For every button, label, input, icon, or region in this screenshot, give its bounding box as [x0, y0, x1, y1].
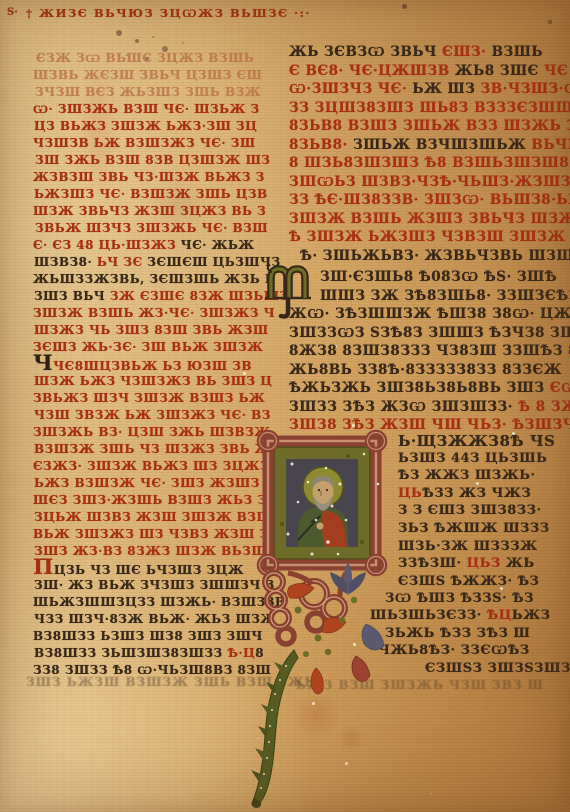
left-column-line: ЗШЗ ВЬЧ ЗЖ ЄЗШЄ 8ЗЖ ШЗЬШЗ — [34, 290, 289, 302]
left-column-line: ЖЬШЗЗЖЗВЬ, ЗЄШЗШЬ ЖЗЬ В — [33, 273, 275, 285]
text-run: ЗЄШЗ ЖЬ·ЗЄ· ЗШ ВЬЖ ЗШЗЖ — [33, 340, 263, 354]
text-run: ЗЄШЄШ ЦЬЗШЧЗ — [147, 255, 280, 269]
ink-spot-cluster — [116, 30, 122, 36]
text-run: ЖЬ8 ЗШЄ — [455, 63, 539, 79]
text-run: ЬЧ ЗЄ — [97, 255, 147, 269]
right-column-line: ШШЗ ЗЖ ЗѢ8ЗШЬ8· ЗЗШЗЄѢЗ — [320, 290, 570, 304]
text-run: ЗШЗЖ ВЗШЬ ЖЗ·ЧЄ· ЗШЗЖЗ Ч — [33, 306, 275, 320]
saint-portrait — [298, 467, 348, 547]
text-run: ШЗЬ·ЗЖ ШЗЗЗЖ — [398, 539, 538, 554]
left-column-line: ВЗ8ШЗЗ ЬЗШЗ ШЗ8 ЗШЗ ЗШЧ — [33, 630, 263, 642]
text-run: ЧЄ8ШЦЗВЬЖ ЬЗ ЮЗШ ЗВ — [53, 359, 252, 373]
text-run: ЬЖЗ ВЗШЗЖ ЧЄ· ЗШЗ ЖЗШЗ В — [34, 476, 275, 490]
text-run: ШЬЗШЬЗЄЗЗ· — [370, 608, 487, 623]
text-run: ЗШЗЗѠЗ ЅЗѢ8З ЗШШЗ ѢЗЧЗ8 ЗШ — [289, 325, 570, 341]
text-run: ЗШЗЖ ВЗШЬ ЖЗШЗ ЗВЬЧЗ ШЗЖЗ — [289, 211, 570, 227]
text-run: ЬЖ ШЗ — [412, 81, 475, 97]
text-run: ЗЬЗ ѢЖШЖ ШЗЗЗ — [398, 521, 550, 536]
left-column-line: ВЗШЗЖ ЗШЬ ЧЗ ШЗЖЗ ЗВЬ Ж — [34, 443, 271, 455]
text-run: ЗВЬЖЗ ШЗЧ ЗШЗЖ ВЗШЗ ЬЖ — [33, 391, 265, 405]
left-column-line: ЗВЬЖ ШЗЧЗ ЗШЗЖЬ ЧЄ· ВЗШ — [35, 222, 268, 234]
text-run: Ѣ ЗШЗЖ ЬЖЗШЗ ЧЗВЗШ ЗШЗЖ В — [289, 229, 570, 245]
left-column-line: ШЄЗ ЗШЗ·ЖЗШЬ ВЗШЗ ЖЬЗ З — [33, 494, 266, 506]
left-column-line: ЗШЗЖЬ ВЗ· ЦЗШ ЗЖЬ ШЗВЗЖ — [33, 426, 271, 438]
left-column-line: Ѡ· ЗШЗЖЬ ВЗШ ЧЄ· ШЗЬЖ З — [33, 103, 260, 115]
text-run: 8 — [255, 646, 264, 660]
text-run: ЖЗВЗШ ЗВЬ ЧЗ·ШЗЖ ВЬЖЗ З — [33, 170, 265, 184]
side-column-line: ЗЗѢЗШ· ЦЬЗ ЖЬ — [398, 557, 535, 570]
side-column-line: ЦЬѢЗЗ ЖЗ ЧЖЗ — [398, 487, 531, 500]
text-run: Ѣ· ЗШЬЖЬВЗ· ЖЗВЬЧЗВЬ ШЗШ — [300, 248, 570, 264]
text-run: ЗШЬЖ ВЗЧШЗШЬЖ — [353, 137, 526, 153]
ink-spot — [402, 4, 407, 9]
text-run: ЧЗШЗВ ЬЖ ВЗШЗЖЗ ЧЄ· ЗШ — [33, 136, 256, 150]
left-column-line: ЄЗЖ ЗѠ ВЬШЄ ЗЦЖЗ ВЗШЬ — [36, 52, 254, 64]
right-column-line: Ѣ· ЗШЬЖЬВЗ· ЖЗВЬЧЗВЬ ШЗШ ЬЖ· — [300, 250, 570, 264]
text-run: ЗЗ ЗЦШЗ8ЗШЗ ШЬ8З ВЗЗЗЄЗШШ — [289, 100, 570, 116]
text-run: ЄЗШЅ ѢЖЖЗ· ѢЗ — [398, 574, 539, 589]
right-column-line: 8 ШЗЬ8ЗШЗШЗ Ѣ8 ВЗШЬЗШЗШ8 — [289, 157, 569, 171]
right-column-line: Є ВЄ8· ЧЄ·ЦЖШЗВ ЖЬ8 ЗШЄ ЧЄ — [289, 65, 568, 79]
text-run: ЦЬЗ — [467, 556, 501, 571]
right-column-line: ЗШЗЗѠЗ ЅЗѢ8З ЗШШЗ ѢЗЧЗ8 ЗШ — [289, 327, 570, 341]
left-column-line: ЗВЬЖЗ ШЗЧ ЗШЗЖ ВЗШЗ ЬЖ — [33, 392, 265, 404]
text-run: ЗШЗЗ ЗѢЗ ЖЗѠ ЗШЗШЗЗ· — [289, 399, 518, 415]
text-run: ЄЗЖЗ· ЗШЗЖ ВЬЖЗ ШЗ ЗЦЖЗ — [33, 459, 269, 473]
text-run: 8ЗЬВ8 ВЗШЗ ЗШЬЖ ВЗЗ ШЗЖЬ З — [289, 118, 570, 134]
right-column-line: 8ЖЗ8 8ЗШЗ8ЗЗЗ ЧЗ8ЗШ ЗЗШѢЗ 8 — [289, 345, 570, 359]
text-run: ЗЬЖЬ ѢЗЗ ЗѢЗ Ш — [385, 626, 530, 641]
text-run: Є· ЄЗ 48 ЦЬ·ШЗЖЗ — [33, 238, 181, 252]
text-run: З З ЄШЗ ЗШЗ8ЗЗ· — [398, 503, 542, 518]
text-run: П — [33, 555, 54, 580]
text-run: ШЗЖ ЗВЬЧЗ ЖЗШ ЗЦЖЗ ВЬ З — [33, 204, 266, 218]
side-column-line: ЗЬЗ ѢЖШЖ ШЗЗЗ — [398, 522, 550, 535]
left-column-line: ЖЗВЗШ ЗВЬ ЧЗ·ШЗЖ ВЬЖЗ З — [33, 171, 265, 183]
left-column-line: ЄЗЖЗ· ЗШЗЖ ВЬЖЗ ШЗ ЗЦЖЗ — [33, 460, 269, 472]
right-column-line: ЗШЗЖ ВЗШЬ ЖЗШЗ ЗВЬЧЗ ШЗЖЗ — [289, 213, 570, 227]
rust-stain — [292, 692, 342, 738]
text-run: ШЗЖЗ ЧЬ ЗШЗ 8ЗШ ЗВЬ ЖЗШ — [34, 323, 269, 337]
text-run: Ѣ 8 ЗЖЗШ: — [518, 399, 570, 415]
right-column-line: 8ЗЬВ8· ЗШЬЖ ВЗЧШЗШЬЖ ВЬЧЬ — [289, 139, 570, 153]
left-column-line: ЧЗШ ЗВЗЖ ЬЖ ЗШЗЖЗ ЧЄ· ВЗ — [34, 409, 271, 421]
left-column-line: ЦЗ ВЬЖЗ ЗШЗЖ ЬЖЗ·ЗШ ЗЦ — [34, 120, 257, 132]
right-column-line: ЖЬ ЗЄВЗѠ ЗВЬЧ ЄШЗ· ВЗШЬ — [289, 46, 543, 60]
ink-spot — [548, 20, 552, 24]
below-initial-column-line: ЄЗШЅЗ ЗШЗЅЗШЗ — [425, 662, 570, 675]
right-column-line: ѢЖЬЗЖЬ ЗШЗ8ЬЗ8Ь8ВЬ ЗШЗ ЄѠ — [289, 382, 570, 396]
left-column-line: ВЗ8ШЗЗ ЗЬШЗШЗ8ЗШЗЗ Ѣ·Ц8 — [34, 647, 264, 659]
text-run: ЧЄ· ЖЬЖ — [181, 238, 255, 252]
rust-stain — [338, 728, 364, 750]
text-run: ШЗВЬ ЖЄЗШ ЗВЬЧ ЦЗШЗ ЄШ — [33, 68, 262, 82]
text-run: ЗЗ ѢЄ·ШЗ8ЗЗВ· ЗШЗѠ· ВЬШЗ8·ЬВ — [289, 192, 570, 208]
text-run: ЗЦЬЖ ШЗВЗ ЖЗШ ЗШЗЖ ВЗШЬ — [34, 510, 283, 524]
text-run: ЗѠ ѢШЗ ѢЗЗЅ· ѢЗ — [385, 591, 534, 606]
right-column-line: ЗШ·ЄЗШЬ8 Ѣ08ЗѠ ѢЅ· ЗШѢ — [320, 271, 557, 285]
text-run: ШЗЖ ЬЖЗ ЧЗШЗЖЗ ВЬ ЗШЗ Ц — [34, 374, 272, 388]
text-run: ЗШ ЗЖЬ ВЗШ 8ЗВ ЦЗШЗЖ ШЗ — [35, 153, 270, 167]
text-run: † ЖИЗЄ ВЬЧЮЗ ЗЦѠЖЗ ВЬШЗЄ ·:· — [26, 6, 311, 20]
left-column-line: ШЗЖ ЗВЬЧЗ ЖЗШ ЗЦЖЗ ВЬ З — [33, 205, 266, 217]
text-run: ЧЄ — [539, 63, 568, 79]
text-run: ЗВЬЖ ШЗЧЗ ЗШЗЖЬ ЧЄ· ВЗШ — [35, 221, 268, 235]
text-run: ЄЗШЅЗ ЗШЗЅЗШЗ — [425, 661, 570, 676]
text-run: ѢЦ — [487, 608, 512, 623]
text-run: ЄѠ — [550, 380, 570, 396]
left-column-line: ЗШЗ ЖЗ·ВЗ 8ЗЖЗ ШЗЖ ВЬЗШ — [34, 545, 267, 557]
left-column-line: ЗШ ЗЖЬ ВЗШ 8ЗВ ЦЗШЗЖ ШЗ — [35, 154, 270, 166]
text-run: ЗВ·ЧЗШЗ·Ѡ — [475, 81, 570, 97]
text-run: ЬЗШЗ 44З ЦЬЗШЬ — [398, 451, 547, 466]
side-column-line: ѢЗ ЖЖЗ ШЗЖЬ· — [398, 469, 536, 482]
left-column-line: ЗШЗЖ ВЗШЬ ЖЗ·ЧЄ· ЗШЗЖЗ Ч — [33, 307, 275, 319]
text-run: Ѡ·ЗШЗЧЗ ЧЄ· — [289, 81, 412, 97]
left-column-line: ШЗВЬ ЖЄЗШ ЗВЬЧ ЦЗШЗ ЄШ — [33, 69, 262, 81]
text-run: ЗШЗ ЬЖЗШ ВЗШЗЖ ЗШЬ ВЗШ ЗЖЬ — [26, 675, 315, 689]
text-run: ВЗ8ШЗЗ ЬЗШЗ ШЗ8 ЗШЗ ЗШЧ — [33, 629, 263, 643]
paint-specks — [287, 453, 380, 556]
text-run: ЦЬ — [398, 486, 422, 501]
text-run: ЗШ·ЄЗШЬ8 Ѣ08ЗѠ ѢЅ· ЗШѢ — [320, 269, 557, 285]
left-column-line: Є· ЄЗ 48 ЦЬ·ШЗЖЗ ЧЄ· ЖЬЖ — [33, 239, 255, 251]
left-column-line: ЧЗШЗВ ЬЖ ВЗШЗЖЗ ЧЄ· ЗШ — [33, 137, 256, 149]
manuscript-page: † ЖИЗЄ ВЬЧЮЗ ЗЦѠЖЗ ВЬШЗЄ ·:·Ѕ·ЄЗЖ ЗѠ ВЬШ… — [0, 0, 570, 812]
text-run: Є ВЄ8· ЧЄ·ЦЖШЗВ — [289, 63, 455, 79]
text-run: ШЬЖЗШШЗЦЗЗ ШЗЖЬ· ВЗШЗЗВ — [33, 595, 286, 609]
text-run: ЧЖЬ8ѢЗ· ЗЗЄѠѢЗ — [378, 643, 530, 658]
below-initial-column-line: ЗѠ ѢШЗ ѢЗЗЅ· ѢЗ — [385, 592, 534, 605]
running-title-line: † ЖИЗЄ ВЬЧЮЗ ЗЦѠЖЗ ВЬШЗЄ ·:· — [26, 8, 311, 20]
text-run: ЖѠ· ЗѢЗШШЗЖ ѢШЗ8 З8Ѡ· ЦЖ ЗЄ — [289, 306, 570, 322]
left-column-line: ЧЗЗ ШЗЧ·8ЗЖ ВЬЖ· ЖЬЗ ШЗЖ — [34, 613, 277, 625]
text-run: ЗШЗ ВЬЧ — [34, 289, 110, 303]
text-run: ЬЖЗШЗ ЧЄ· ВЗШЗЖ ЗШЬ ЦЗВ — [34, 187, 268, 201]
text-run: ЗШЗ ЖЗ·ВЗ 8ЗЖЗ ШЗЖ ВЬЗШ — [34, 544, 267, 558]
miniature-frame — [260, 433, 385, 574]
side-column-line: ШЗЬ·ЗЖ ШЗЗЗЖ — [398, 540, 538, 553]
right-column-line: ЗШѠЬЗ ШЗВЗ·ЧЗѢ·ЧЬШЗ·ЖЗШЗ Ѡ — [289, 176, 570, 190]
text-run: Ч — [33, 351, 53, 376]
text-run: ЖЬ8ВЬ ЗЗ8Ѣ·8ЗЗЗЗЗ8ЗЗ 8ЗЗЄЖ — [289, 362, 562, 378]
right-column-line: Ѣ ЗШЗЖ ЬЖЗШЗ ЧЗВЗШ ЗШЗЖ В — [289, 231, 570, 245]
right-column-line: Ѡ·ЗШЗЧЗ ЧЄ· ЬЖ ШЗ ЗВ·ЧЗШЗ·Ѡ — [289, 83, 570, 97]
text-run: ѢЖЬЗЖЬ ЗШЗ8ЬЗ8Ь8ВЬ ЗШЗ — [289, 380, 550, 396]
side-column-line: Ь·ЩЗЖЖЗ8Ѣ ЧЅ — [398, 434, 555, 449]
right-column-line: 8ЗЬВ8 ВЗШЗ ЗШЬЖ ВЗЗ ШЗЖЬ З — [289, 120, 570, 134]
left-column-line: ЬЖЗШЗ ЧЄ· ВЗШЗЖ ЗШЬ ЦЗВ — [34, 188, 268, 200]
left-column-line: ШЗЖ ЬЖЗ ЧЗШЗЖЗ ВЬ ЗШЗ Ц — [34, 375, 272, 387]
text-run: ЧЗЗ ШЗЧ·8ЗЖ ВЬЖ· ЖЬЗ ШЗЖ — [34, 612, 277, 626]
text-run: ЄШЗ· — [442, 44, 486, 60]
show-through-right-line: ЬЖЗ ВЗШ ЗШЗЖЬ ЧЗШ ЗВЗ Ш — [296, 679, 544, 691]
below-initial-column-line: ЧЖЬ8ѢЗ· ЗЗЄѠѢЗ — [378, 644, 530, 657]
text-run: ЦЗЬ ЧЗ ШЄ ЬЧЗШЗ ЗЦЖ — [54, 563, 244, 577]
text-run: ЗШЗ8 ЗѢЗ ЖЗШ ЧШ ЧЬЗ· ѢЗШЗЧЖЗВЬ: — [289, 417, 570, 433]
right-column-line: ЗЗ ЗЦШЗ8ЗШЗ ШЬ8З ВЗЗЗЄЗШШ — [289, 102, 570, 116]
text-run: 8 ШЗЬ8ЗШЗШЗ Ѣ8 ВЗШЬЗШЗШ8 — [289, 155, 569, 171]
text-run: ШЄЗ ЗШЗ·ЖЗШЬ ВЗШЗ ЖЬЗ З — [33, 493, 266, 507]
text-run: Ѡ· ЗШЗЖЬ ВЗШ ЧЄ· ШЗЬЖ З — [33, 102, 260, 116]
left-column-line: ЗШ· ЖЗ ВЬЖ ЗЧЗШЗ ЗШШЗЧ З — [34, 579, 275, 591]
text-run: ЬЖЗ ВЗШ ЗШЗЖЬ ЧЗШ ЗВЗ Ш — [296, 678, 544, 692]
margin-mark-line: Ѕ· — [7, 8, 18, 18]
text-run: ВЬЧЬ — [526, 137, 570, 153]
text-run: Ь·ЩЗЖЖЗ8Ѣ ЧЅ — [398, 432, 555, 450]
right-column-line: ЗЗ ѢЄ·ШЗ8ЗЗВ· ЗШЗѠ· ВЬШЗ8·ЬВ — [289, 194, 570, 208]
text-run: ЬЖЗ — [512, 608, 551, 623]
text-run: ЖЬ — [501, 556, 535, 571]
text-run: 8ЖЗ8 8ЗШЗ8ЗЗЗ ЧЗ8ЗШ ЗЗШѢЗ 8 — [289, 343, 570, 359]
left-column-line: ШЬЖЗШШЗЦЗЗ ШЗЖЬ· ВЗШЗЗВ — [33, 596, 286, 608]
text-run: ВЗШЬ — [486, 44, 543, 60]
left-column-line: ЗЧЗШ ВЄЗ ЖЬЗШЗ ЗШЬ ВЗЖ — [35, 86, 261, 98]
left-column-line: ЗЦЬЖ ШЗВЗ ЖЗШ ЗШЗЖ ВЗШЬ — [34, 511, 283, 523]
text-run: Ѕ· — [7, 7, 18, 18]
text-run: ЗЗѢЗШ· — [398, 556, 467, 571]
text-run: ЖЬШЗЗЖЗВЬ, ЗЄШЗШЬ ЖЗЬ В — [33, 272, 275, 286]
text-run: ЦЗ ВЬЖЗ ЗШЗЖ ЬЖЗ·ЗШ ЗЦ — [34, 119, 257, 133]
text-run: ВЬЖ ЗШЗЖЗ ШЗ ЧЗВЗ ЖЗШ З — [33, 527, 269, 541]
text-run: ЧЗШ ЗВЗЖ ЬЖ ЗШЗЖЗ ЧЄ· ВЗ — [34, 408, 271, 422]
left-column-line: ШЗЖЗ ЧЬ ЗШЗ 8ЗШ ЗВЬ ЖЗШ — [34, 324, 269, 336]
left-column-line: ПЦЗЬ ЧЗ ШЄ ЬЧЗШЗ ЗЦЖ — [33, 562, 244, 576]
show-through-left-line: ЗШЗ ЬЖЗШ ВЗШЗЖ ЗШЬ ВЗШ ЗЖЬ — [26, 676, 315, 688]
text-run: ЗШЗЖЬ ВЗ· ЦЗШ ЗЖЬ ШЗВЗЖ — [33, 425, 271, 439]
text-run: ШШЗ ЗЖ ЗѢ8ЗШЬ8· ЗЗШЗЄѢЗ — [320, 288, 570, 304]
text-run: ЗШ· ЖЗ ВЬЖ ЗЧЗШЗ ЗШШЗЧ З — [34, 578, 275, 592]
left-column-line: ЗЄШЗ ЖЬ·ЗЄ· ЗШ ВЬЖ ЗШЗЖ — [33, 341, 263, 353]
below-initial-column-line: ЗЬЖЬ ѢЗЗ ЗѢЗ Ш — [385, 627, 530, 640]
side-column-line: ЬЗШЗ 44З ЦЬЗШЬ — [398, 452, 547, 465]
right-column-line: ЗШЗ8 ЗѢЗ ЖЗШ ЧШ ЧЬЗ· ѢЗШЗЧЖЗВЬ: — [289, 419, 570, 433]
text-run: ЗШѠЬЗ ШЗВЗ·ЧЗѢ·ЧЬШЗ·ЖЗШЗ Ѡ — [289, 174, 570, 190]
text-run: ЗЖ ЄЗШЄ 8ЗЖ ШЗЬШЗ — [110, 289, 289, 303]
side-column-line: ЄЗШЅ ѢЖЖЗ· ѢЗ — [398, 575, 539, 588]
left-column-line: ШЗВЗ8· ЬЧ ЗЄ ЗЄШЄШ ЦЬЗШЧЗ — [34, 256, 281, 268]
below-initial-column-line: ШЬЗШЬЗЄЗЗ· ѢЦЬЖЗ — [370, 609, 551, 622]
text-run: ЄЗЖ ЗѠ ВЬШЄ ЗЦЖЗ ВЗШЬ — [36, 51, 254, 65]
right-column-line: ЗШЗЗ ЗѢЗ ЖЗѠ ЗШЗШЗЗ· Ѣ 8 ЗЖЗШ: — [289, 401, 570, 415]
text-run: 8ЗЬВ8· — [289, 137, 353, 153]
text-run: ВЗШЗЖ ЗШЬ ЧЗ ШЗЖЗ ЗВЬ Ж — [34, 442, 271, 456]
text-run: Ѣ·Ц — [227, 646, 255, 660]
left-column-line: ЧЧЄ8ШЦЗВЬЖ ЬЗ ЮЗШ ЗВ — [33, 358, 252, 372]
text-run: ЖЬ ЗЄВЗѠ ЗВЬЧ — [289, 44, 442, 60]
text-run: ВЗ8ШЗЗ ЗЬШЗШЗ8ЗШЗЗ — [34, 646, 227, 660]
text-run: ѢЗ ЖЖЗ ШЗЖЬ· — [398, 468, 536, 483]
text-run: ШЗВЗ8· — [34, 255, 97, 269]
side-column-line: З З ЄШЗ ЗШЗ8ЗЗ· — [398, 504, 542, 517]
left-column-line: ЬЖЗ ВЗШЗЖ ЧЄ· ЗШЗ ЖЗШЗ В — [34, 477, 275, 489]
text-run: ѢЗЗ ЖЗ ЧЖЗ — [422, 486, 531, 501]
left-column-line: ВЬЖ ЗШЗЖЗ ШЗ ЧЗВЗ ЖЗШ З — [33, 528, 269, 540]
text-run: ЗЧЗШ ВЄЗ ЖЬЗШЗ ЗШЬ ВЗЖ — [35, 85, 261, 99]
right-column-line: ЖЬ8ВЬ ЗЗ8Ѣ·8ЗЗЗЗЗ8ЗЗ 8ЗЗЄЖ — [289, 364, 562, 378]
right-column-line: ЖѠ· ЗѢЗШШЗЖ ѢШЗ8 З8Ѡ· ЦЖ ЗЄ — [289, 308, 570, 322]
